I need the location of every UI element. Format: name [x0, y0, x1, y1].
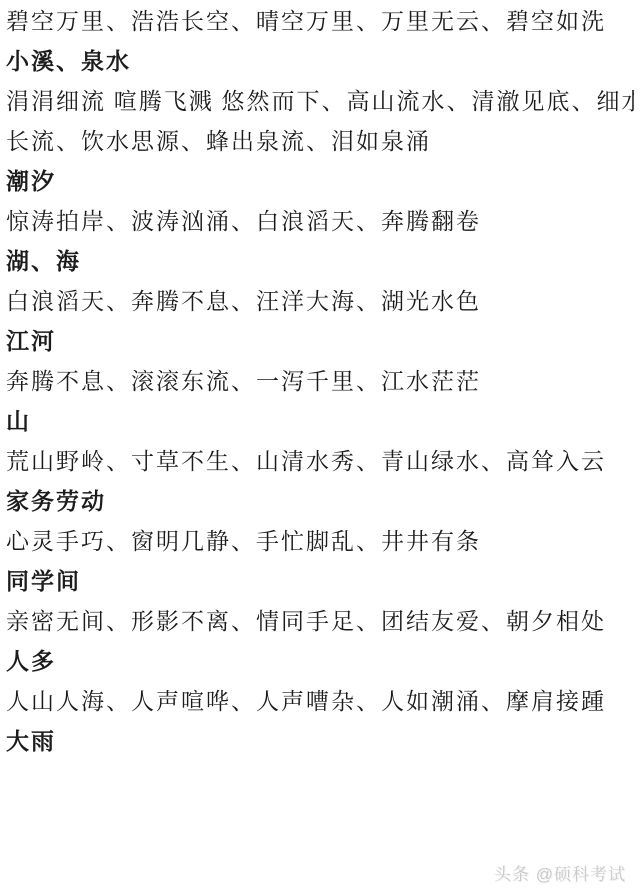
vocab-line-crowds: 人山人海、人声喧哗、人声嘈杂、人如潮涌、摩肩接踵: [6, 682, 634, 722]
section-heading-river: 江河: [6, 322, 634, 362]
watermark: 头条 @硕科考试: [494, 860, 626, 885]
vocab-line-mountain: 荒山野岭、寸草不生、山清水秀、青山绿水、高耸入云: [6, 442, 634, 482]
vocab-line-sky: 碧空万里、浩浩长空、晴空万里、万里无云、碧空如洗: [6, 2, 634, 42]
vocab-line-stream-2: 长流、饮水思源、蜂出泉流、泪如泉涌: [6, 122, 634, 162]
section-heading-heavy-rain: 大雨: [6, 722, 634, 762]
vocab-line-tide: 惊涛拍岸、波涛汹涌、白浪滔天、奔腾翻卷: [6, 202, 634, 242]
section-heading-crowds: 人多: [6, 642, 634, 682]
section-heading-classmates: 同学间: [6, 562, 634, 602]
vocabulary-document: 碧空万里、浩浩长空、晴空万里、万里无云、碧空如洗 小溪、泉水 涓涓细流 喧腾飞溅…: [0, 0, 640, 891]
section-heading-stream: 小溪、泉水: [6, 42, 634, 82]
section-heading-tide: 潮汐: [6, 162, 634, 202]
vocab-line-stream-1: 涓涓细流 喧腾飞溅 悠然而下、高山流水、清澈见底、细水: [6, 82, 634, 122]
vocab-line-river: 奔腾不息、滚滚东流、一泻千里、江水茫茫: [6, 362, 634, 402]
section-heading-housework: 家务劳动: [6, 482, 634, 522]
section-heading-lake-sea: 湖、海: [6, 242, 634, 282]
vocab-line-classmates: 亲密无间、形影不离、情同手足、团结友爱、朝夕相处: [6, 602, 634, 642]
vocab-line-lake-sea: 白浪滔天、奔腾不息、汪洋大海、湖光水色: [6, 282, 634, 322]
section-heading-mountain: 山: [6, 402, 634, 442]
vocab-line-housework: 心灵手巧、窗明几静、手忙脚乱、井井有条: [6, 522, 634, 562]
